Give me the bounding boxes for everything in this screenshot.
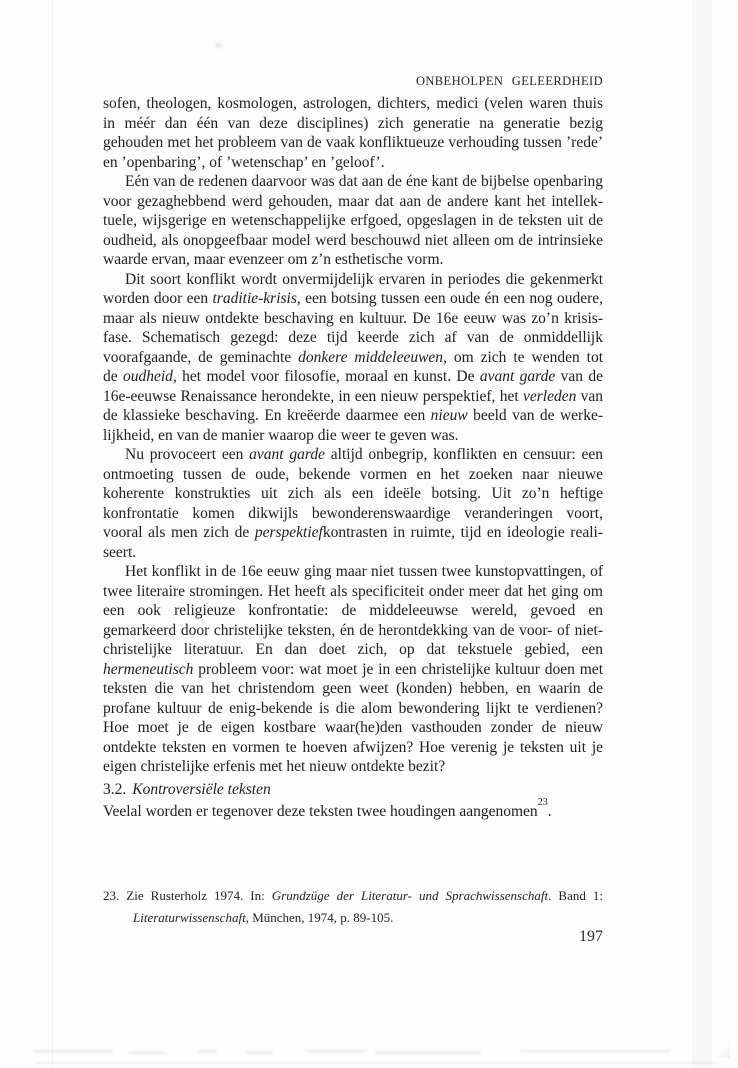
section-heading: 3.2.Kontroversiële teksten [103, 780, 603, 800]
text-line: in méér dan één van deze disciplines) zi… [103, 114, 603, 134]
section-paragraph: Veelal worden er tegenover deze teksten … [103, 802, 603, 822]
body-paragraph: Het konflikt in de 16e eeuw ging maar ni… [103, 562, 603, 777]
body-paragraph: Nu provoceert een avant garde altijd onb… [103, 445, 603, 562]
text-line: een ook religieuze konfrontatie: de midd… [103, 601, 603, 621]
text-line: profane kultuur de enig-bekende is die a… [103, 699, 603, 719]
text-line: Literaturwissenschaft, München, 1974, p.… [103, 907, 603, 929]
scan-bottom-line [36, 1062, 720, 1064]
text-line: en ’openbaring’, of ’wetenschap’ en ’gel… [103, 153, 603, 173]
text-line: hermeneutisch probleem voor: wat moet je… [103, 660, 603, 680]
body-paragraph: sofen, theologen, kosmologen, astrologen… [103, 94, 603, 172]
text-line: Hoe moet je de eigen kostbare waar(he)de… [103, 718, 603, 738]
text-block: sofen, theologen, kosmologen, astrologen… [103, 94, 603, 946]
text-line: gemarkeerd door christelijke teksten, én… [103, 621, 603, 641]
text-line: Het konflikt in de 16e eeuw ging maar ni… [103, 562, 603, 582]
text-line: ontmoeting tussen de oude, bekende vorme… [103, 465, 603, 485]
text-line: 16e-eeuwse Renaissance herondekte, in ee… [103, 387, 603, 407]
text-line: tuele, wijsgerige en wetenschappelijke e… [103, 211, 603, 231]
running-header: ONBEHOLPEN GELEERDHEID [103, 74, 603, 89]
text-line: gehouden met het probleem van de vaak ko… [103, 133, 603, 153]
text-line: Eén van de redenen daarvoor was dat aan … [103, 172, 603, 192]
scan-smudge [197, 1050, 217, 1053]
text-line: teksten die van het christendom geen wee… [103, 679, 603, 699]
scan-edge-line [52, 0, 53, 1068]
body-paragraph: Dit soort konflikt wordt onvermijdelijk … [103, 270, 603, 446]
text-line: sofen, theologen, kosmologen, astrologen… [103, 94, 603, 114]
text-line: lijkheid, en van de manier waarop die we… [103, 426, 603, 446]
text-line: eigen christelijke erfenis met het nieuw… [103, 757, 603, 777]
page-number: 197 [103, 928, 603, 946]
footnote-ref: 23 [538, 797, 548, 808]
footnote: 23. Zie Rusterholz 1974. In: Grundzüge d… [103, 885, 603, 928]
scan-smudge [245, 1051, 273, 1054]
text-line: Dit soort konflikt wordt onvermijdelijk … [103, 270, 603, 290]
section-title: Kontroversiële teksten [132, 781, 270, 798]
text-line: christelijke literatuur. En dan doet zic… [103, 640, 603, 660]
text-line: 23. Zie Rusterholz 1974. In: Grundzüge d… [103, 885, 603, 907]
scan-edge-shade [692, 0, 712, 1068]
text-line: de oudheid, het model voor filosofie, mo… [103, 367, 603, 387]
text-line: oudheid, als onopgeefbaar model werd bes… [103, 231, 603, 251]
text-line: twee literaire stromingen. Het heeft als… [103, 582, 603, 602]
scan-smudge [128, 1051, 164, 1054]
text-line: waarde ervan, maar evenzeer om z’n esthe… [103, 250, 603, 270]
text-line: de klassieke beschaving. En kreëerde daa… [103, 406, 603, 426]
text-line: voor gezaghebbend werd gehouden, maar da… [103, 192, 603, 212]
scan-corner-mark [708, 1040, 730, 1058]
scan-speck [215, 42, 223, 48]
text-line: ontdekte teksten en vormen te hoeven afw… [103, 738, 603, 758]
section-number: 3.2. [103, 781, 126, 798]
text-line: maar als nieuw ontdekte beschaving en ku… [103, 309, 603, 329]
body-paragraph: Eén van de redenen daarvoor was dat aan … [103, 172, 603, 270]
scan-smudge [375, 1051, 481, 1054]
text-line: voorafgaande, de geminachte donkere midd… [103, 348, 603, 368]
section-paragraph-period: . [548, 803, 552, 820]
scan-smudge [308, 1050, 364, 1053]
scan-smudge [520, 1050, 670, 1053]
text-line: worden door een traditie-krisis, een bot… [103, 289, 603, 309]
text-line: seert. [103, 543, 603, 563]
section-paragraph-text: Veelal worden er tegenover deze teksten … [103, 803, 538, 820]
text-line: konfrontatie komen dikwijls bewonderensw… [103, 504, 603, 524]
text-line: vooral als men zich de perspektiefkontra… [103, 523, 603, 543]
text-line: fase. Schematisch gezegd: deze tijd keer… [103, 328, 603, 348]
text-line: Nu provoceert een avant garde altijd onb… [103, 445, 603, 465]
book-page: ONBEHOLPEN GELEERDHEID sofen, theologen,… [0, 0, 738, 1068]
text-line: koherente konstrukties uit zich als een … [103, 484, 603, 504]
scan-smudge [33, 1050, 113, 1053]
body-paragraphs: sofen, theologen, kosmologen, astrologen… [103, 94, 603, 777]
